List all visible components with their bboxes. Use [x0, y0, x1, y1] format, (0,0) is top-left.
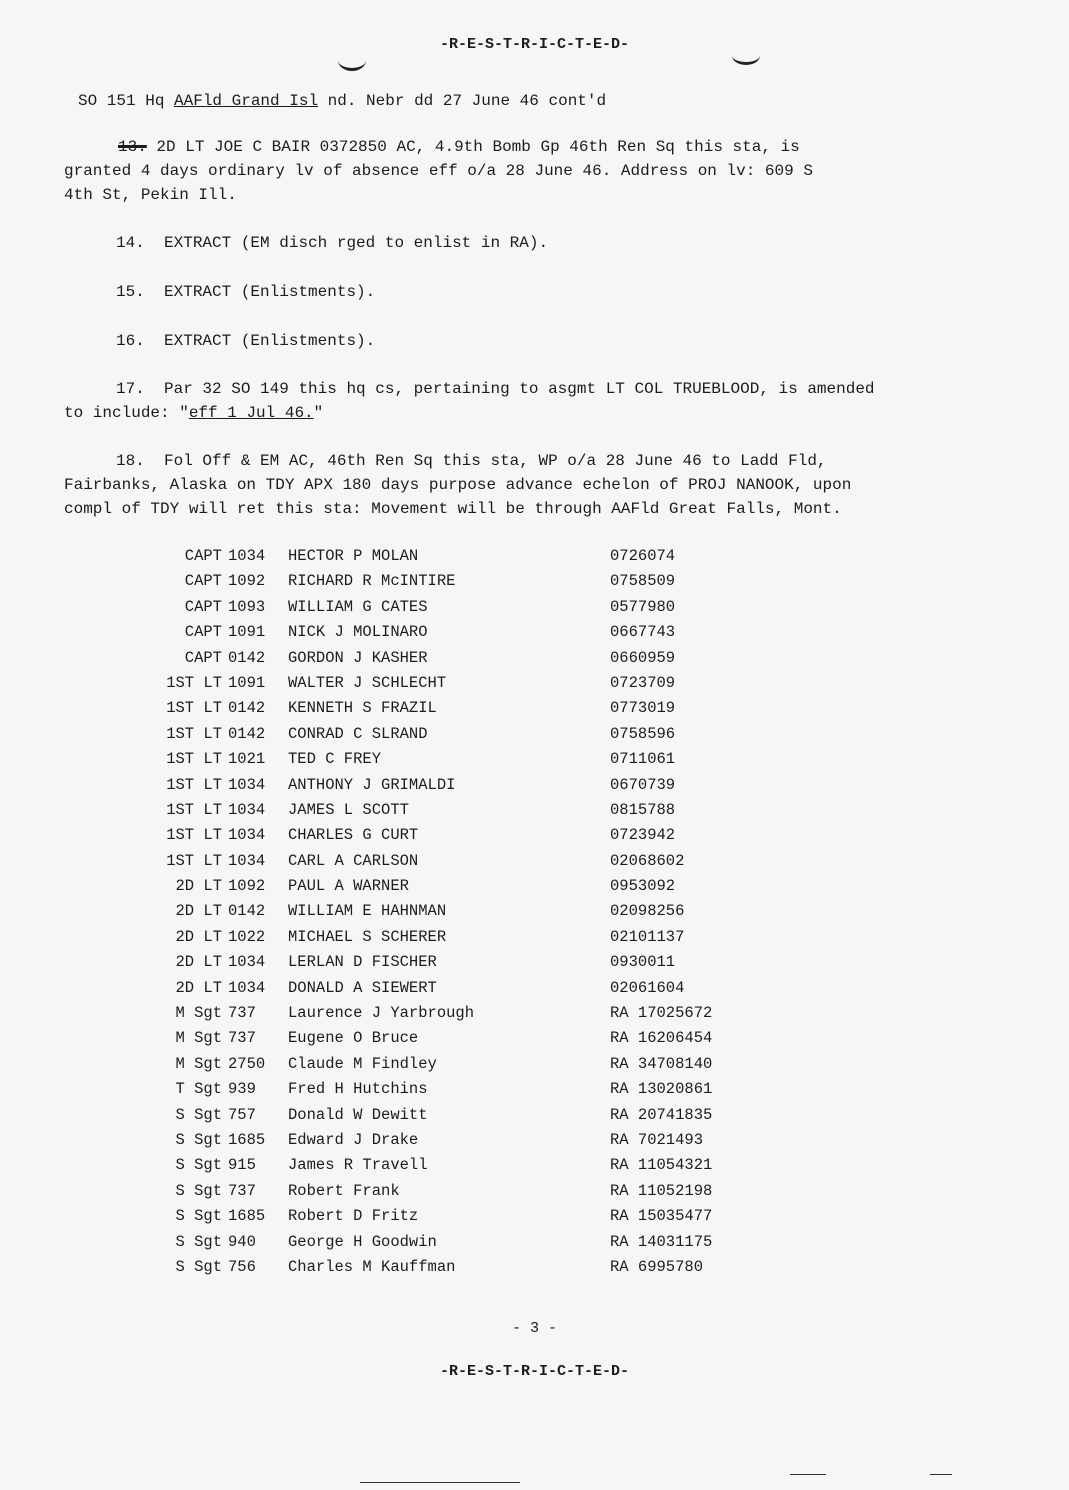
roster-mos: 737	[228, 1182, 282, 1200]
scan-artifact	[930, 1474, 952, 1475]
roster-rank: 1ST LT	[120, 725, 222, 743]
para-16: 16. EXTRACT (Enlistments).	[116, 332, 375, 350]
roster-serial: 0577980	[610, 598, 675, 616]
roster-mos: 1091	[228, 674, 282, 692]
roster-serial: 0773019	[610, 699, 675, 717]
roster-serial: RA 17025672	[610, 1004, 712, 1022]
roster-rank: 1ST LT	[120, 776, 222, 794]
roster-name: NICK J MOLINARO	[288, 623, 428, 641]
roster-mos: 939	[228, 1080, 282, 1098]
roster-rank: T Sgt	[120, 1080, 222, 1098]
roster-name: Claude M Findley	[288, 1055, 437, 1073]
roster-rank: 2D LT	[120, 953, 222, 971]
roster-mos: 1685	[228, 1131, 282, 1149]
roster-mos: 915	[228, 1156, 282, 1174]
roster-mos: 1034	[228, 801, 282, 819]
roster-mos: 1034	[228, 826, 282, 844]
roster-serial: 0667743	[610, 623, 675, 641]
roster-rank: CAPT	[120, 547, 222, 565]
roster-name: LERLAN D FISCHER	[288, 953, 437, 971]
roster-serial: 0723942	[610, 826, 675, 844]
roster-name: TED C FREY	[288, 750, 381, 768]
roster-serial: RA 11052198	[610, 1182, 712, 1200]
roster-rank: M Sgt	[120, 1029, 222, 1047]
roster-name: RICHARD R McINTIRE	[288, 572, 455, 590]
para-18-line-2: Fairbanks, Alaska on TDY APX 180 days pu…	[64, 476, 851, 494]
document-page: -R-E-S-T-R-I-C-T-E-D- SO 151 Hq AAFld Gr…	[0, 0, 1069, 1490]
roster-rank: S Sgt	[120, 1156, 222, 1174]
roster-name: DONALD A SIEWERT	[288, 979, 437, 997]
roster-name: CONRAD C SLRAND	[288, 725, 428, 743]
roster-mos: 1092	[228, 572, 282, 590]
roster-serial: 0953092	[610, 877, 675, 895]
roster-mos: 757	[228, 1106, 282, 1124]
para-18-line-3: compl of TDY will ret this sta: Movement…	[64, 500, 842, 518]
para-14: 14. EXTRACT (EM disch rged to enlist in …	[116, 234, 548, 252]
para-17-line-2: to include: "eff 1 Jul 46."	[64, 404, 323, 422]
roster-serial: 0670739	[610, 776, 675, 794]
roster-serial: 0711061	[610, 750, 675, 768]
para-13-line-3: 4th St, Pekin Ill.	[64, 186, 237, 204]
roster-mos: 0142	[228, 699, 282, 717]
roster-serial: RA 7021493	[610, 1131, 703, 1149]
roster-name: James R Travell	[288, 1156, 428, 1174]
roster-rank: 1ST LT	[120, 801, 222, 819]
roster-mos: 0142	[228, 649, 282, 667]
roster-mos: 756	[228, 1258, 282, 1276]
roster-serial: 0660959	[610, 649, 675, 667]
roster-mos: 1091	[228, 623, 282, 641]
roster-mos: 0142	[228, 902, 282, 920]
roster-mos: 1034	[228, 547, 282, 565]
roster-rank: M Sgt	[120, 1004, 222, 1022]
roster-rank: 1ST LT	[120, 750, 222, 768]
roster-serial: RA 16206454	[610, 1029, 712, 1047]
roster-rank: S Sgt	[120, 1233, 222, 1251]
roster-rank: 1ST LT	[120, 852, 222, 870]
roster-rank: 1ST LT	[120, 674, 222, 692]
roster-rank: CAPT	[120, 623, 222, 641]
roster-name: ANTHONY J GRIMALDI	[288, 776, 455, 794]
roster-rank: CAPT	[120, 572, 222, 590]
roster-mos: 1034	[228, 776, 282, 794]
roster-rank: CAPT	[120, 598, 222, 616]
roster-rank: 2D LT	[120, 877, 222, 895]
roster-name: WILLIAM E HAHNMAN	[288, 902, 446, 920]
roster-name: George H Goodwin	[288, 1233, 437, 1251]
roster-serial: 0723709	[610, 674, 675, 692]
classification-footer: -R-E-S-T-R-I-C-T-E-D-	[0, 1363, 1069, 1380]
roster-serial: 0758509	[610, 572, 675, 590]
roster-serial: 0758596	[610, 725, 675, 743]
roster-mos: 737	[228, 1029, 282, 1047]
roster-rank: 2D LT	[120, 979, 222, 997]
roster-name: WALTER J SCHLECHT	[288, 674, 446, 692]
roster-mos: 1021	[228, 750, 282, 768]
roster-mos: 1034	[228, 979, 282, 997]
roster-serial: 0930011	[610, 953, 675, 971]
roster-mos: 737	[228, 1004, 282, 1022]
roster-rank: CAPT	[120, 649, 222, 667]
roster-mos: 1685	[228, 1207, 282, 1225]
page-number: - 3 -	[0, 1320, 1069, 1337]
roster-name: Robert Frank	[288, 1182, 400, 1200]
roster-serial: RA 34708140	[610, 1055, 712, 1073]
roster-name: GORDON J KASHER	[288, 649, 428, 667]
roster-rank: 2D LT	[120, 928, 222, 946]
roster-serial: 0815788	[610, 801, 675, 819]
roster-serial: 02101137	[610, 928, 684, 946]
roster-name: KENNETH S FRAZIL	[288, 699, 437, 717]
order-heading: SO 151 Hq AAFld Grand Isl nd. Nebr dd 27…	[78, 92, 606, 110]
roster-name: CARL A CARLSON	[288, 852, 418, 870]
para-13-line-2: granted 4 days ordinary lv of absence ef…	[64, 162, 813, 180]
roster-name: Fred H Hutchins	[288, 1080, 428, 1098]
roster-serial: 02068602	[610, 852, 684, 870]
roster-rank: S Sgt	[120, 1182, 222, 1200]
roster-mos: 0142	[228, 725, 282, 743]
classification-header: -R-E-S-T-R-I-C-T-E-D-	[0, 36, 1069, 53]
roster-mos: 1034	[228, 852, 282, 870]
scan-artifact	[360, 1482, 520, 1483]
roster-mos: 940	[228, 1233, 282, 1251]
roster-mos: 1093	[228, 598, 282, 616]
para-18-line-1: 18. Fol Off & EM AC, 46th Ren Sq this st…	[116, 452, 827, 470]
scan-artifact	[790, 1474, 826, 1475]
para-17-line-1: 17. Par 32 SO 149 this hq cs, pertaining…	[116, 380, 875, 398]
roster-serial: 02061604	[610, 979, 684, 997]
roster-serial: 0726074	[610, 547, 675, 565]
roster-rank: S Sgt	[120, 1131, 222, 1149]
roster-mos: 1022	[228, 928, 282, 946]
roster-name: Laurence J Yarbrough	[288, 1004, 474, 1022]
roster-name: WILLIAM G CATES	[288, 598, 428, 616]
roster-rank: S Sgt	[120, 1106, 222, 1124]
roster-mos: 1092	[228, 877, 282, 895]
roster-serial: RA 6995780	[610, 1258, 703, 1276]
roster-name: MICHAEL S SCHERER	[288, 928, 446, 946]
roster-name: Charles M Kauffman	[288, 1258, 455, 1276]
roster-name: HECTOR P MOLAN	[288, 547, 418, 565]
roster-serial: RA 13020861	[610, 1080, 712, 1098]
roster-serial: RA 11054321	[610, 1156, 712, 1174]
para-13-line-1: 13. 2D LT JOE C BAIR 0372850 AC, 4.9th B…	[118, 138, 800, 156]
roster-name: CHARLES G CURT	[288, 826, 418, 844]
roster-serial: RA 15035477	[610, 1207, 712, 1225]
roster-mos: 2750	[228, 1055, 282, 1073]
punch-mark-left	[338, 50, 366, 71]
roster-rank: S Sgt	[120, 1258, 222, 1276]
roster-mos: 1034	[228, 953, 282, 971]
roster-rank: 1ST LT	[120, 699, 222, 717]
roster-name: Robert D Fritz	[288, 1207, 418, 1225]
roster-serial: RA 20741835	[610, 1106, 712, 1124]
roster-name: Edward J Drake	[288, 1131, 418, 1149]
para-15: 15. EXTRACT (Enlistments).	[116, 283, 375, 301]
roster-name: JAMES L SCOTT	[288, 801, 409, 819]
roster-rank: 1ST LT	[120, 826, 222, 844]
roster-serial: 02098256	[610, 902, 684, 920]
roster-rank: 2D LT	[120, 902, 222, 920]
roster-rank: M Sgt	[120, 1055, 222, 1073]
roster-name: Donald W Dewitt	[288, 1106, 428, 1124]
roster-name: PAUL A WARNER	[288, 877, 409, 895]
roster-serial: RA 14031175	[610, 1233, 712, 1251]
punch-mark-right	[732, 46, 760, 65]
roster-name: Eugene O Bruce	[288, 1029, 418, 1047]
roster-rank: S Sgt	[120, 1207, 222, 1225]
